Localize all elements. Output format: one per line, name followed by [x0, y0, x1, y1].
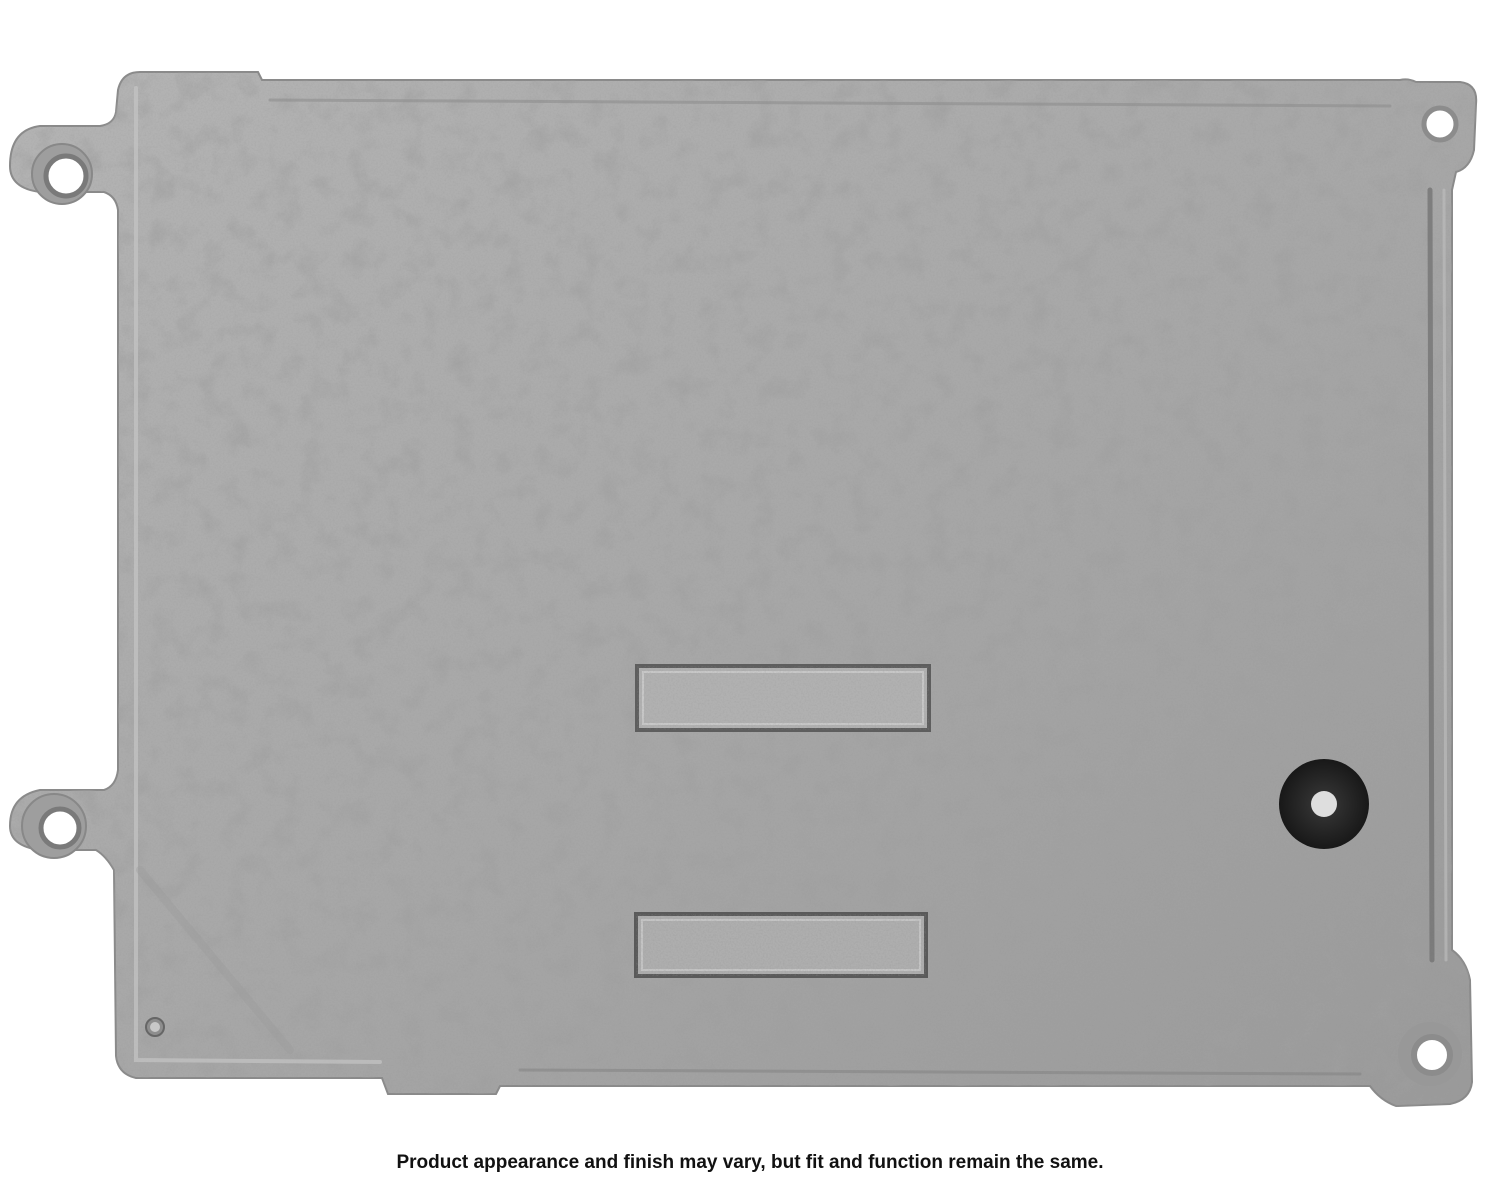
mounting-ear-bottom-right [1398, 1022, 1462, 1086]
disclaimer-caption: Product appearance and finish may vary, … [0, 1152, 1500, 1174]
recessed-slot-upper [637, 666, 929, 730]
mounting-ear-top-right [1424, 108, 1456, 140]
rubber-grommet [1279, 759, 1369, 849]
ecm-cover-photo [0, 0, 1500, 1140]
mounting-ear-bottom-left [22, 794, 86, 858]
recessed-slot-lower [636, 914, 926, 976]
locating-pin [146, 1018, 164, 1036]
mounting-ear-top-left [32, 144, 92, 204]
